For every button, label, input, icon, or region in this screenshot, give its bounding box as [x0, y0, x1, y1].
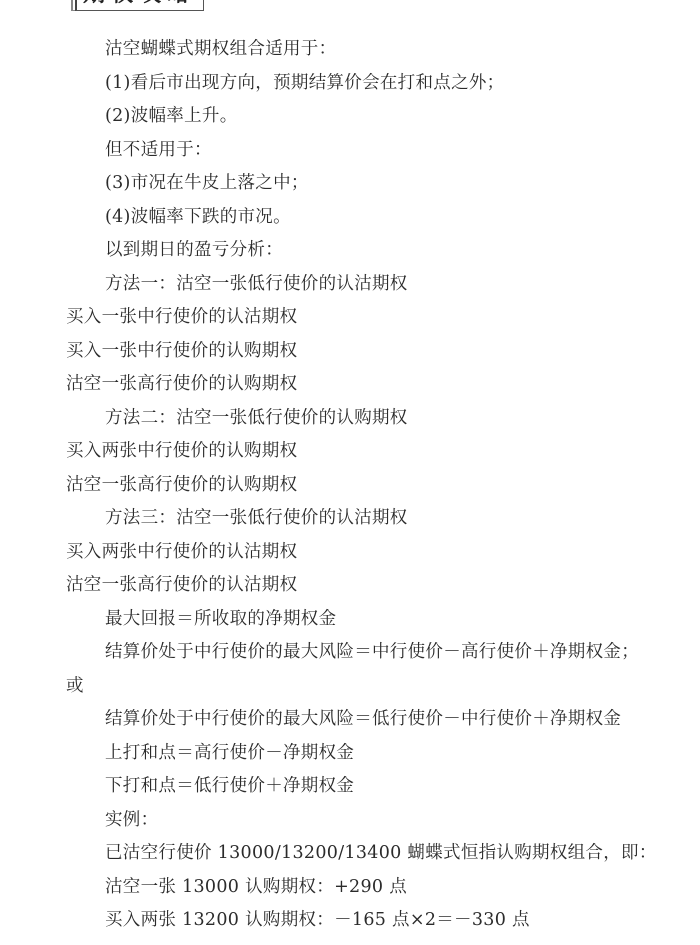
- method-step: 买入两张中行使价的认沽期权: [66, 536, 696, 570]
- condition-item: (2)波幅率上升。: [66, 100, 696, 134]
- formula-line: 下打和点＝低行使价＋净期权金: [66, 770, 696, 804]
- example-heading: 实例：: [66, 804, 696, 838]
- method-heading: 方法二：沽空一张低行使价的认购期权: [66, 402, 696, 436]
- document-body: 沽空蝴蝶式期权组合适用于： (1)看后市出现方向，预期结算价会在打和点之外； (…: [66, 33, 696, 938]
- text-line: 或: [66, 670, 696, 704]
- example-line: 买入两张 13200 认购期权：－165 点×2＝－330 点: [66, 904, 696, 938]
- text-line: 沽空蝴蝶式期权组合适用于：: [66, 33, 696, 67]
- method-step: 沽空一张高行使价的认购期权: [66, 469, 696, 503]
- text-line: 以到期日的盈亏分析：: [66, 234, 696, 268]
- method-step: 沽空一张高行使价的认沽期权: [66, 569, 696, 603]
- section-header-title: 期权攻略: [83, 0, 195, 7]
- condition-item: (4)波幅率下跌的市况。: [66, 201, 696, 235]
- formula-line: 上打和点＝高行使价－净期权金: [66, 737, 696, 771]
- section-header: 期权攻略: [75, 0, 204, 11]
- formula-line: 结算价处于中行使价的最大风险＝中行使价－高行使价＋净期权金；: [66, 636, 696, 670]
- formula-line: 最大回报＝所收取的净期权金: [66, 603, 696, 637]
- condition-item: (1)看后市出现方向，预期结算价会在打和点之外；: [66, 67, 696, 101]
- formula-line: 结算价处于中行使价的最大风险＝低行使价－中行使价＋净期权金: [66, 703, 696, 737]
- method-step: 买入一张中行使价的认购期权: [66, 335, 696, 369]
- method-step: 买入两张中行使价的认购期权: [66, 435, 696, 469]
- example-line: 已沽空行使价 13000/13200/13400 蝴蝶式恒指认购期权组合，即：: [66, 837, 696, 871]
- condition-item: (3)市况在牛皮上落之中；: [66, 167, 696, 201]
- method-step: 沽空一张高行使价的认购期权: [66, 368, 696, 402]
- method-heading: 方法三：沽空一张低行使价的认沽期权: [66, 502, 696, 536]
- text-line: 但不适用于：: [66, 134, 696, 168]
- example-line: 沽空一张 13000 认购期权：+290 点: [66, 871, 696, 905]
- method-heading: 方法一：沽空一张低行使价的认沽期权: [66, 268, 696, 302]
- method-step: 买入一张中行使价的认沽期权: [66, 301, 696, 335]
